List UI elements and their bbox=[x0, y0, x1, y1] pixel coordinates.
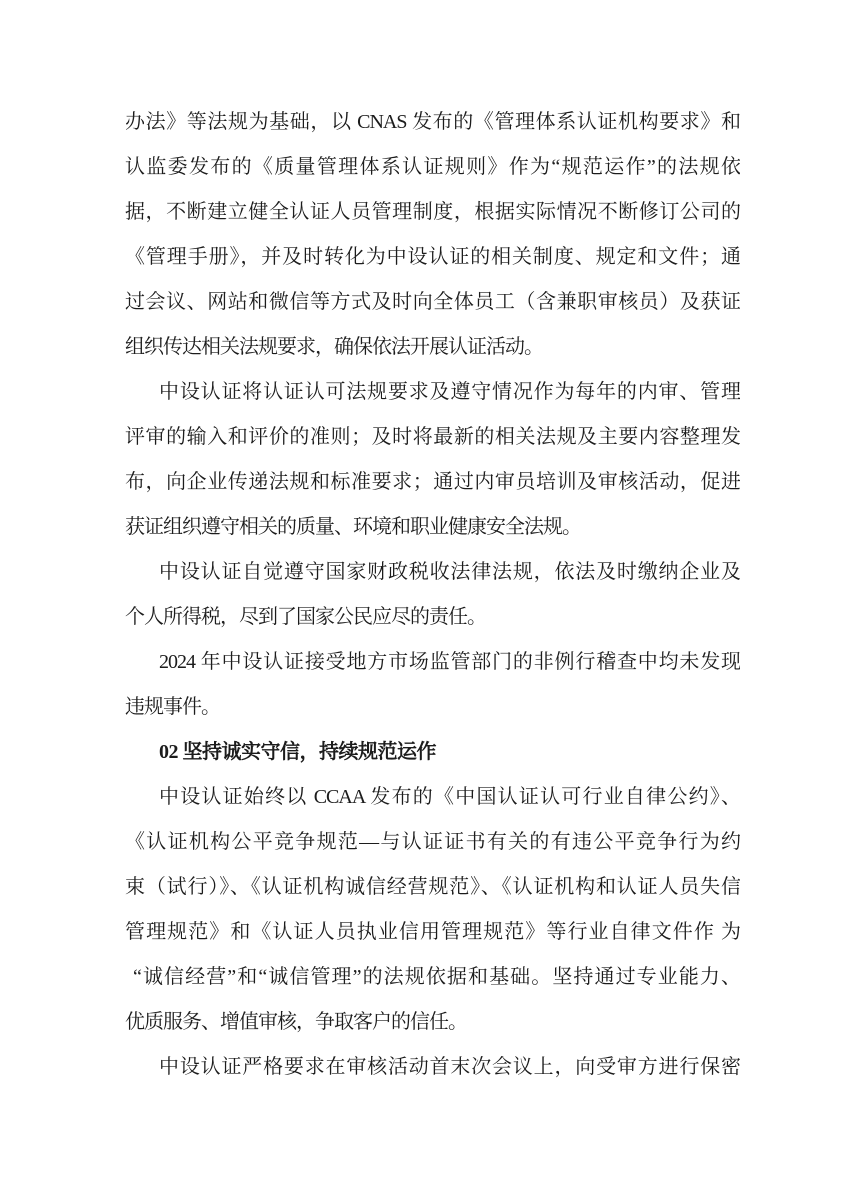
text-line: 束（试行）》、《认证机构诚信经营规范》、《认证机构和认证人员失信 bbox=[125, 865, 740, 910]
text-line: 据，不断建立健全认证人员管理制度，根据实际情况不断修订公司的 bbox=[125, 190, 740, 235]
text-line: 违规事件。 bbox=[125, 685, 740, 730]
document-page: 办法》等法规为基础，以 CNAS 发布的《管理体系认证机构要求》和认监委发布的《… bbox=[0, 0, 850, 1202]
text-line: 管理规范》和《认证人员执业信用管理规范》等行业自律文件作 为 bbox=[125, 910, 740, 955]
section-heading: 02 坚持诚实守信，持续规范运作 bbox=[125, 730, 740, 775]
text-line: 组织传达相关法规要求，确保依法开展认证活动。 bbox=[125, 325, 740, 370]
text-line: 中设认证始终以 CCAA 发布的《中国认证认可行业自律公约》、 bbox=[125, 775, 740, 820]
document-text-block: 办法》等法规为基础，以 CNAS 发布的《管理体系认证机构要求》和认监委发布的《… bbox=[125, 100, 740, 1090]
text-line: “诚信经营”和“诚信管理”的法规依据和基础。坚持通过专业能力、 bbox=[125, 955, 740, 1000]
text-line: 中设认证严格要求在审核活动首末次会议上，向受审方进行保密 bbox=[125, 1045, 740, 1090]
text-line: 评审的输入和评价的准则；及时将最新的相关法规及主要内容整理发 bbox=[125, 415, 740, 460]
text-line: 《管理手册》，并及时转化为中设认证的相关制度、规定和文件；通 bbox=[125, 235, 740, 280]
text-line: 《认证机构公平竞争规范—与认证证书有关的有违公平竞争行为约 bbox=[125, 820, 740, 865]
text-line: 个人所得税，尽到了国家公民应尽的责任。 bbox=[125, 595, 740, 640]
text-line: 2024 年中设认证接受地方市场监管部门的非例行稽查中均未发现 bbox=[125, 640, 740, 685]
text-line: 中设认证自觉遵守国家财政税收法律法规，依法及时缴纳企业及 bbox=[125, 550, 740, 595]
text-line: 中设认证将认证认可法规要求及遵守情况作为每年的内审、管理 bbox=[125, 370, 740, 415]
text-line: 优质服务、增值审核，争取客户的信任。 bbox=[125, 1000, 740, 1045]
text-line: 认监委发布的《质量管理体系认证规则》作为“规范运作”的法规依 bbox=[125, 145, 740, 190]
text-line: 过会议、网站和微信等方式及时向全体员工（含兼职审核员）及获证 bbox=[125, 280, 740, 325]
text-line: 获证组织遵守相关的质量、环境和职业健康安全法规。 bbox=[125, 505, 740, 550]
text-line: 布，向企业传递法规和标准要求；通过内审员培训及审核活动，促进 bbox=[125, 460, 740, 505]
text-line: 办法》等法规为基础，以 CNAS 发布的《管理体系认证机构要求》和 bbox=[125, 100, 740, 145]
